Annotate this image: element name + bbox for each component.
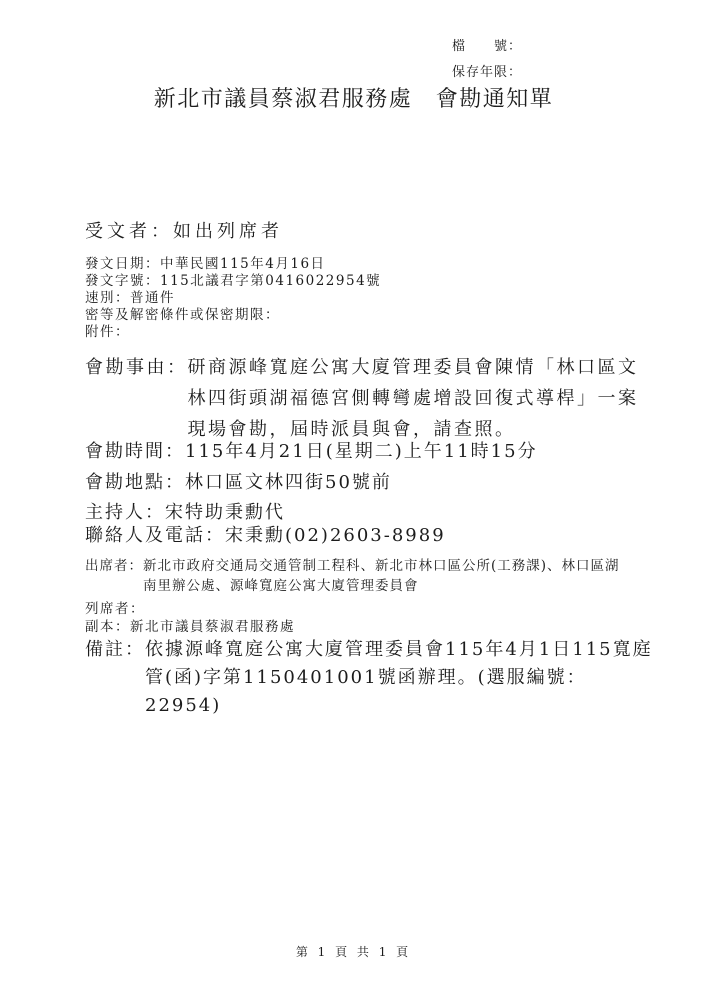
- page-number-footer: 第 1 頁 共 1 頁: [0, 943, 707, 960]
- document-page: 檔 號： 保存年限： 新北市議員蔡淑君服務處 會勘通知單 受文者：如出列席者 發…: [0, 0, 707, 1000]
- inspection-location-line: 會勘地點：林口區文林四街50號前: [85, 468, 392, 494]
- remarks-text: 依據源峰寬庭公寓大廈管理委員會115年4月1日115寬庭管(函)字第115040…: [145, 636, 662, 720]
- copy-to-line: 副本：新北市議員蔡淑君服務處: [85, 615, 295, 635]
- contact-phone-line: 聯絡人及電話：宋秉勳(02)2603-8989: [85, 521, 446, 547]
- corner-labels: 檔 號： 保存年限：: [452, 34, 522, 86]
- inspection-subject: 會勘事由：研商源峰寬庭公寓大廈管理委員會陳情「林口區文林四街頭湖福德宮側轉彎處增…: [85, 352, 650, 445]
- priority-line: 速別：普通件: [85, 290, 381, 307]
- inspection-time-line: 會勘時間：115年4月21日(星期二)上午11時15分: [85, 437, 538, 463]
- attendees-text: 新北市政府交通局交通管制工程科、新北市林口區公所(工務課)、林口區湖南里辦公處、…: [143, 556, 630, 596]
- remarks-label: 備註：: [85, 636, 145, 664]
- inspection-subject-text: 研商源峰寬庭公寓大廈管理委員會陳情「林口區文林四街頭湖福德宮側轉彎處增設回復式導…: [188, 352, 650, 445]
- recipient-line: 受文者：如出列席者: [85, 217, 283, 243]
- page-title: 新北市議員蔡淑君服務處 會勘通知單: [0, 82, 707, 113]
- file-number-label: 檔 號：: [452, 34, 522, 60]
- attendees-label: 出席者：: [85, 556, 143, 576]
- document-number-line: 發文字號：115北議君字第0416022954號: [85, 273, 381, 290]
- attachment-line: 附件：: [85, 324, 381, 341]
- remarks-block: 備註：依據源峰寬庭公寓大廈管理委員會115年4月1日115寬庭管(函)字第115…: [85, 636, 662, 720]
- observers-line: 列席者：: [85, 597, 145, 617]
- inspection-subject-label: 會勘事由：: [85, 352, 188, 383]
- issue-date-line: 發文日期：中華民國115年4月16日: [85, 256, 381, 273]
- attendees-block: 出席者：新北市政府交通局交通管制工程科、新北市林口區公所(工務課)、林口區湖南里…: [85, 556, 630, 596]
- classification-line: 密等及解密條件或保密期限：: [85, 307, 381, 324]
- document-meta-block: 發文日期：中華民國115年4月16日 發文字號：115北議君字第04160229…: [85, 256, 381, 341]
